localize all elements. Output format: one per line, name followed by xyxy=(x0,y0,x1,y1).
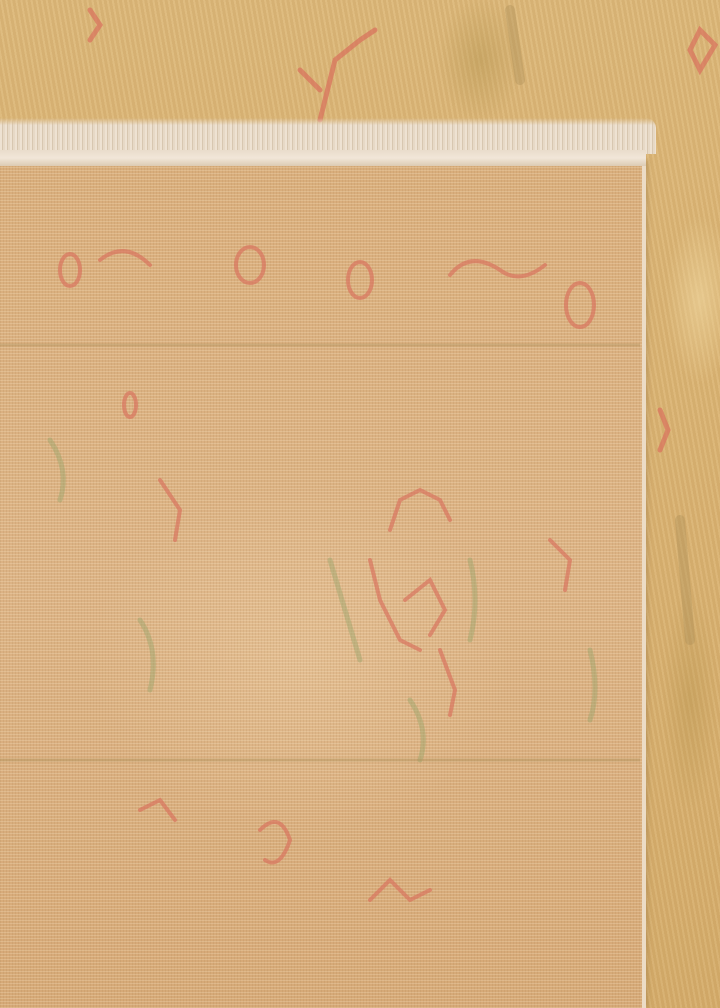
rug-photo-scene xyxy=(0,0,720,1008)
rug-end-binding xyxy=(0,150,646,166)
rug-fringe xyxy=(0,118,656,154)
rug-woven-back-side xyxy=(0,160,646,1008)
